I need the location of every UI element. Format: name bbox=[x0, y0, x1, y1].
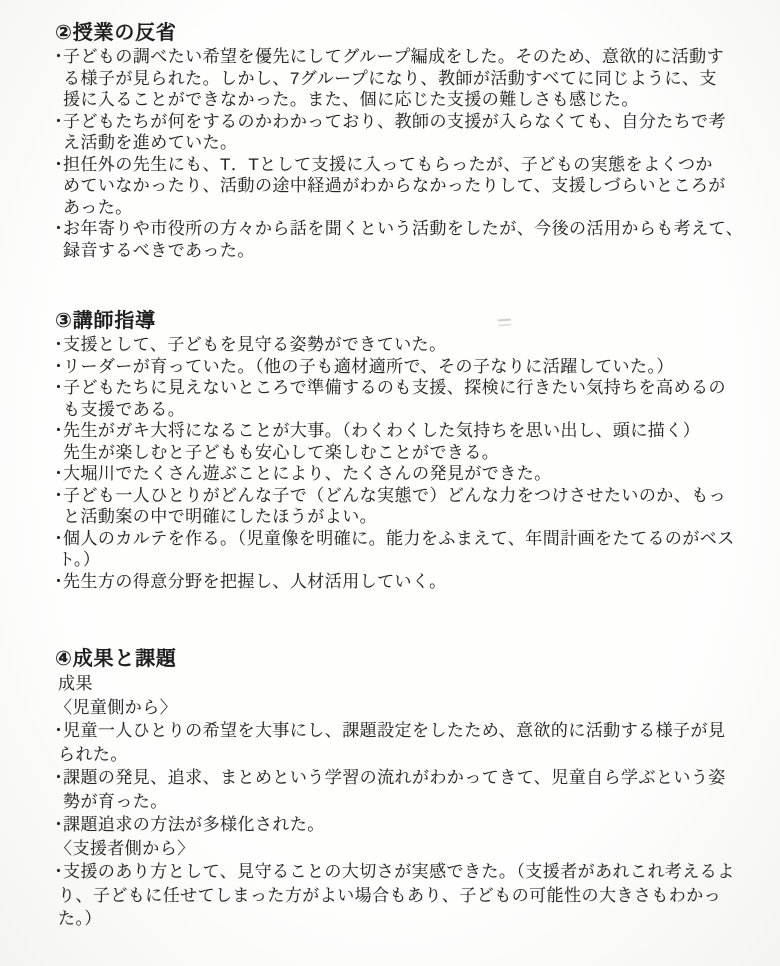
bullet-line: ・支援のあり方として、見守ることの大切さが実感できた。（支援者があれこれ考えるよ bbox=[55, 860, 750, 884]
continuation-line: 勢が育った。 bbox=[55, 790, 750, 814]
bullet-marker: ・ bbox=[55, 46, 63, 68]
section-instructor-guidance: ③講師指導 ・支援として、子どもを見守る姿勢ができていた。・リーダーが育っていた… bbox=[55, 308, 750, 592]
bullet-marker: ・ bbox=[55, 571, 63, 593]
bullet-marker: ・ bbox=[55, 813, 63, 837]
document-page: ②授業の反省 ・子どもの調べたい希望を優先にしてグループ編成をした。そのため、意… bbox=[0, 0, 780, 966]
bullet-marker: ・ bbox=[55, 860, 63, 884]
bullet-marker: ・ bbox=[55, 766, 63, 790]
bullet-line: ・課題追求の方法が多様化された。 bbox=[55, 813, 750, 837]
bullet-marker: ・ bbox=[55, 719, 63, 743]
section-heading: ④成果と課題 bbox=[55, 646, 750, 672]
section-heading: ②授業の反省 bbox=[55, 20, 750, 46]
bullet-marker: ・ bbox=[55, 334, 63, 356]
continuation-line: り、子どもに任せてしまった方がよい場合もあり、子どもの可能性の大きさもわかっ bbox=[55, 884, 750, 908]
bullet-marker: ・ bbox=[55, 356, 63, 378]
bullet-line: ・児童一人ひとりの希望を大事にし、課題設定をしたため、意欲的に活動する様子が見 bbox=[55, 719, 750, 743]
bullet-marker: ・ bbox=[55, 111, 63, 133]
bracket-label-line: 〈児童側から〉 bbox=[55, 696, 750, 720]
section-lines: ・子どもの調べたい希望を優先にしてグループ編成をした。そのため、意欲的に活動する… bbox=[55, 46, 750, 261]
bracket-label-line: 〈支援者側から〉 bbox=[55, 837, 750, 861]
continuation-line: られた。 bbox=[55, 743, 750, 767]
bullet-marker: ・ bbox=[55, 154, 63, 176]
bullet-marker: ・ bbox=[55, 377, 63, 399]
continuation-line: る様子が見られた。しかし、7グループになり、教師が活動すべてに同じように、支 bbox=[55, 68, 750, 90]
bullet-line: ・子ども一人ひとりがどんな子で（どんな実態で）どんな力をつけさせたいのか、もっ bbox=[55, 485, 750, 507]
bullet-line: ・先生がガキ大将になることが大事。（わくわくした気持ちを思い出し、頭に描く） bbox=[55, 420, 750, 442]
bullet-marker: ・ bbox=[55, 485, 63, 507]
section-heading: ③講師指導 bbox=[55, 308, 750, 334]
bullet-line: ・担任外の先生にも、T．Tとして支援に入ってもらったが、子どもの実態をよくつか bbox=[55, 154, 750, 176]
bullet-marker: ・ bbox=[55, 420, 63, 442]
bullet-line: ・子どもたちに見えないところで準備するのも支援、探検に行きたい気持ちを高めるの bbox=[55, 377, 750, 399]
section-lines: 成果〈児童側から〉・児童一人ひとりの希望を大事にし、課題設定をしたため、意欲的に… bbox=[55, 672, 750, 931]
continuation-line: めていなかったり、活動の途中経過がわからなかったりして、支援しづらいところが bbox=[55, 175, 750, 197]
continuation-line: 先生が楽しむと子どもも安心して楽しむことができる。 bbox=[55, 442, 750, 464]
bullet-line: ・リーダーが育っていた。（他の子も適材適所で、その子なりに活躍していた。） bbox=[55, 356, 750, 378]
bullet-line: ・子どもの調べたい希望を優先にしてグループ編成をした。そのため、意欲的に活動す bbox=[55, 46, 750, 68]
bullet-marker: ・ bbox=[55, 528, 63, 550]
continuation-line: ト。） bbox=[55, 549, 750, 571]
continuation-line: 援に入ることができなかった。また、個に応じた支援の難しさも感じた。 bbox=[55, 89, 750, 111]
subheading-line: 成果 bbox=[55, 672, 750, 696]
bullet-line: ・お年寄りや市役所の方々から話を聞くという活動をしたが、今後の活用からも考えて、 bbox=[55, 218, 750, 240]
section-results-and-issues: ④成果と課題 成果〈児童側から〉・児童一人ひとりの希望を大事にし、課題設定をした… bbox=[55, 646, 750, 931]
continuation-line: と活動案の中で明確にしたほうがよい。 bbox=[55, 506, 750, 528]
bullet-line: ・大堀川でたくさん遊ぶことにより、たくさんの発見ができた。 bbox=[55, 463, 750, 485]
bullet-marker: ・ bbox=[55, 463, 63, 485]
continuation-line: 録音するべきであった。 bbox=[55, 240, 750, 262]
bullet-line: ・先生方の得意分野を把握し、人材活用していく。 bbox=[55, 571, 750, 593]
bullet-line: ・個人のカルテを作る。（児童像を明確に。能力をふまえて、年間計画をたてるのがベス bbox=[55, 528, 750, 550]
continuation-line: あった。 bbox=[55, 197, 750, 219]
continuation-line: も支援である。 bbox=[55, 399, 750, 421]
bullet-line: ・支援として、子どもを見守る姿勢ができていた。 bbox=[55, 334, 750, 356]
continuation-line: え活動を進めていた。 bbox=[55, 132, 750, 154]
continuation-line: た。） bbox=[55, 907, 750, 931]
section-lines: ・支援として、子どもを見守る姿勢ができていた。・リーダーが育っていた。（他の子も… bbox=[55, 334, 750, 592]
bullet-line: ・課題の発見、追求、まとめという学習の流れがわかってきて、児童自ら学ぶという姿 bbox=[55, 766, 750, 790]
bullet-marker: ・ bbox=[55, 218, 63, 240]
bullet-line: ・子どもたちが何をするのかわかっており、教師の支援が入らなくても、自分たちで考 bbox=[55, 111, 750, 133]
section-class-reflection: ②授業の反省 ・子どもの調べたい希望を優先にしてグループ編成をした。そのため、意… bbox=[55, 20, 750, 261]
